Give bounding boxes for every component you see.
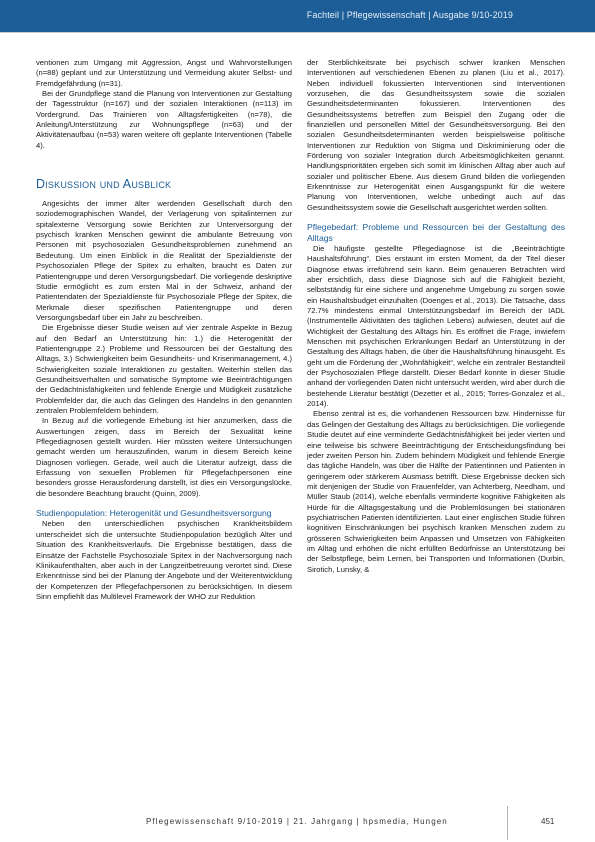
paragraph: Ebenso zentral ist es, die vorhandenen R… <box>307 409 565 575</box>
paragraph: Bei der Grundpflege stand die Planung vo… <box>36 89 292 151</box>
header-divider <box>0 32 595 33</box>
paragraph: In Bezug auf die vorliegende Erhebung is… <box>36 416 292 499</box>
right-column: der Sterblichkeitsrate bei psychisch sch… <box>307 58 565 575</box>
paragraph: Angesichts der immer älter werdenden Ges… <box>36 199 292 323</box>
paragraph: Die Ergebnisse dieser Studie weisen auf … <box>36 323 292 416</box>
section-heading-discussion: Diskussion und Ausblick <box>36 177 292 191</box>
left-column: ventionen zum Umgang mit Aggression, Ang… <box>36 58 292 602</box>
paragraph: Neben den unterschiedlichen psychischen … <box>36 519 292 602</box>
running-title: Fachteil | Pflegewissenschaft | Ausgabe … <box>307 10 513 20</box>
paragraph: Die häufigste gestellte Pflegediagnose i… <box>307 244 565 410</box>
subheading-study-population: Studienpopulation: Heterogenität und Ges… <box>36 508 292 518</box>
page-number: 451 <box>541 817 554 826</box>
footer-journal-info: Pflegewissenschaft 9/10-2019 | 21. Jahrg… <box>146 817 448 826</box>
paragraph: ventionen zum Umgang mit Aggression, Ang… <box>36 58 292 89</box>
paragraph: der Sterblichkeitsrate bei psychisch sch… <box>307 58 565 213</box>
header-bar: Fachteil | Pflegewissenschaft | Ausgabe … <box>0 0 595 32</box>
footer-divider <box>507 806 508 840</box>
subheading-care-need: Pflegebedarf: Probleme und Ressourcen be… <box>307 222 565 243</box>
